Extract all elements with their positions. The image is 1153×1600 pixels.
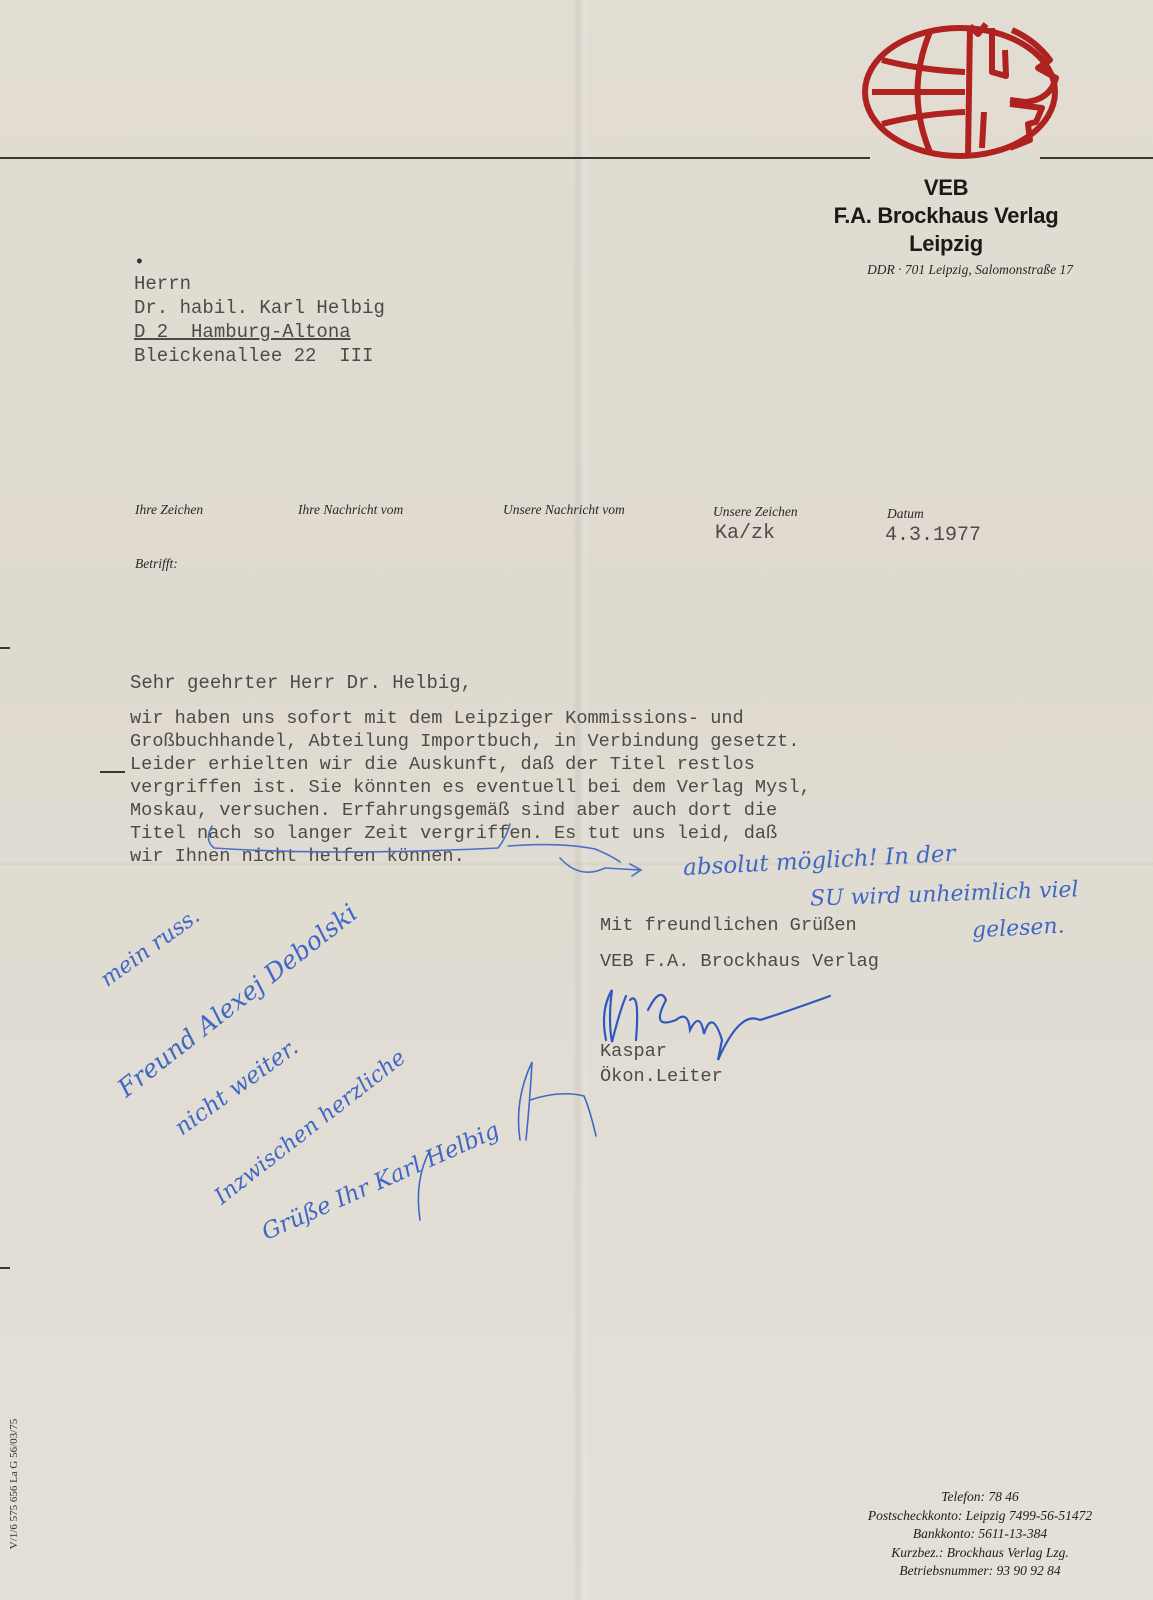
footer-company-number: Betriebsnummer: 93 90 92 84 — [830, 1562, 1130, 1581]
footer-contact: Telefon: 78 46 Postscheckkonto: Leipzig … — [830, 1488, 1130, 1581]
handwritten-note-right-3: gelesen. — [971, 914, 1065, 944]
footer-phone: Telefon: 78 46 — [830, 1488, 1130, 1507]
ink-annotations — [0, 0, 1153, 1600]
footer-postscheck: Postscheckkonto: Leipzig 7499-56-51472 — [830, 1507, 1130, 1526]
footer-bank: Bankkonto: 5611-13-384 — [830, 1525, 1130, 1544]
form-code: V/1/6 575 656 La G 56/03/75 — [8, 1384, 20, 1584]
footer-short-name: Kurzbez.: Brockhaus Verlag Lzg. — [830, 1544, 1130, 1563]
